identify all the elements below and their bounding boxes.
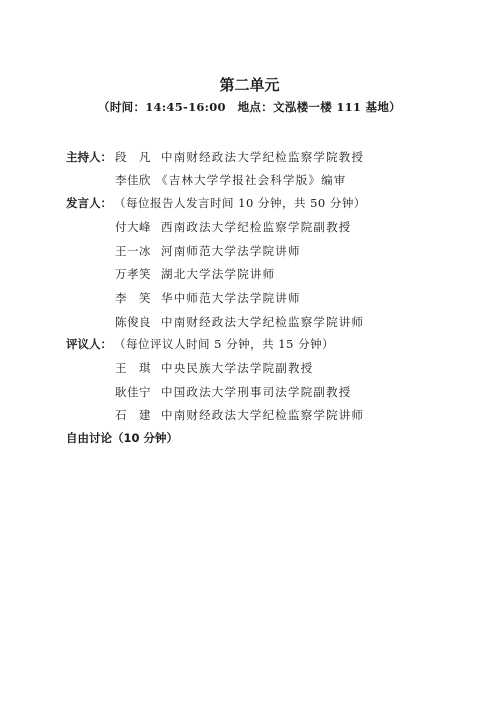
commentators-note: （每位评议人时间 5 分钟，共 15 分钟）	[114, 336, 334, 352]
person-name: 李佳欣	[115, 172, 151, 188]
host-row-1: 主持人： 段 凡 中南财经政法大学纪检监察学院教授	[0, 149, 499, 167]
person-name: 付大峰	[115, 219, 151, 235]
person-affiliation: 中南财经政法大学纪检监察学院讲师	[161, 314, 364, 330]
person-affiliation: 湖北大学法学院讲师	[161, 266, 275, 282]
person-affiliation: 中南财经政法大学纪检监察学院讲师	[161, 407, 364, 423]
commentator-row: 王 琪 中央民族大学法学院副教授	[0, 360, 499, 378]
speaker-row: 付大峰 西南政法大学纪检监察学院副教授	[0, 219, 499, 237]
person-name: 王一冰	[115, 243, 151, 259]
person-affiliation: 中南财经政法大学纪检监察学院教授	[161, 149, 364, 165]
free-discussion: 自由讨论（10 分钟）	[66, 430, 178, 446]
commentators-header: 评议人： （每位评议人时间 5 分钟，共 15 分钟）	[0, 336, 499, 354]
person-affiliation: 西南政法大学纪检监察学院副教授	[161, 219, 352, 235]
speakers-note: （每位报告人发言时间 10 分钟，共 50 分钟）	[114, 195, 366, 211]
person-name: 万孝笑	[115, 266, 151, 282]
person-name: 耿佳宁	[115, 384, 151, 400]
commentators-label: 评议人：	[66, 336, 112, 352]
speakers-label: 发言人：	[66, 195, 112, 211]
person-name: 石 建	[115, 407, 151, 423]
time-location: （时间：14:45-16:00 地点：文泓楼一楼 111 基地）	[0, 99, 499, 115]
person-name: 王 琪	[115, 360, 151, 376]
commentator-row: 石 建 中南财经政法大学纪检监察学院讲师	[0, 407, 499, 425]
section-title: 第二单元	[0, 74, 499, 95]
person-affiliation: 中国政法大学刑事司法学院副教授	[161, 384, 352, 400]
person-affiliation: 中央民族大学法学院副教授	[161, 360, 313, 376]
host-label: 主持人：	[66, 149, 112, 165]
host-row-2: 李佳欣 《吉林大学学报社会科学版》编审	[0, 172, 499, 190]
speaker-row: 万孝笑 湖北大学法学院讲师	[0, 266, 499, 284]
speaker-row: 李 笑 华中师范大学法学院讲师	[0, 290, 499, 308]
speaker-row: 王一冰 河南师范大学法学院讲师	[0, 243, 499, 261]
commentator-row: 耿佳宁 中国政法大学刑事司法学院副教授	[0, 384, 499, 402]
person-name: 段 凡	[115, 149, 151, 165]
speakers-header: 发言人： （每位报告人发言时间 10 分钟，共 50 分钟）	[0, 195, 499, 213]
person-affiliation: 《吉林大学学报社会科学版》编审	[156, 172, 347, 188]
person-name: 陈俊良	[115, 314, 151, 330]
person-affiliation: 华中师范大学法学院讲师	[161, 290, 301, 306]
person-affiliation: 河南师范大学法学院讲师	[161, 243, 301, 259]
speaker-row: 陈俊良 中南财经政法大学纪检监察学院讲师	[0, 314, 499, 332]
person-name: 李 笑	[115, 290, 151, 306]
